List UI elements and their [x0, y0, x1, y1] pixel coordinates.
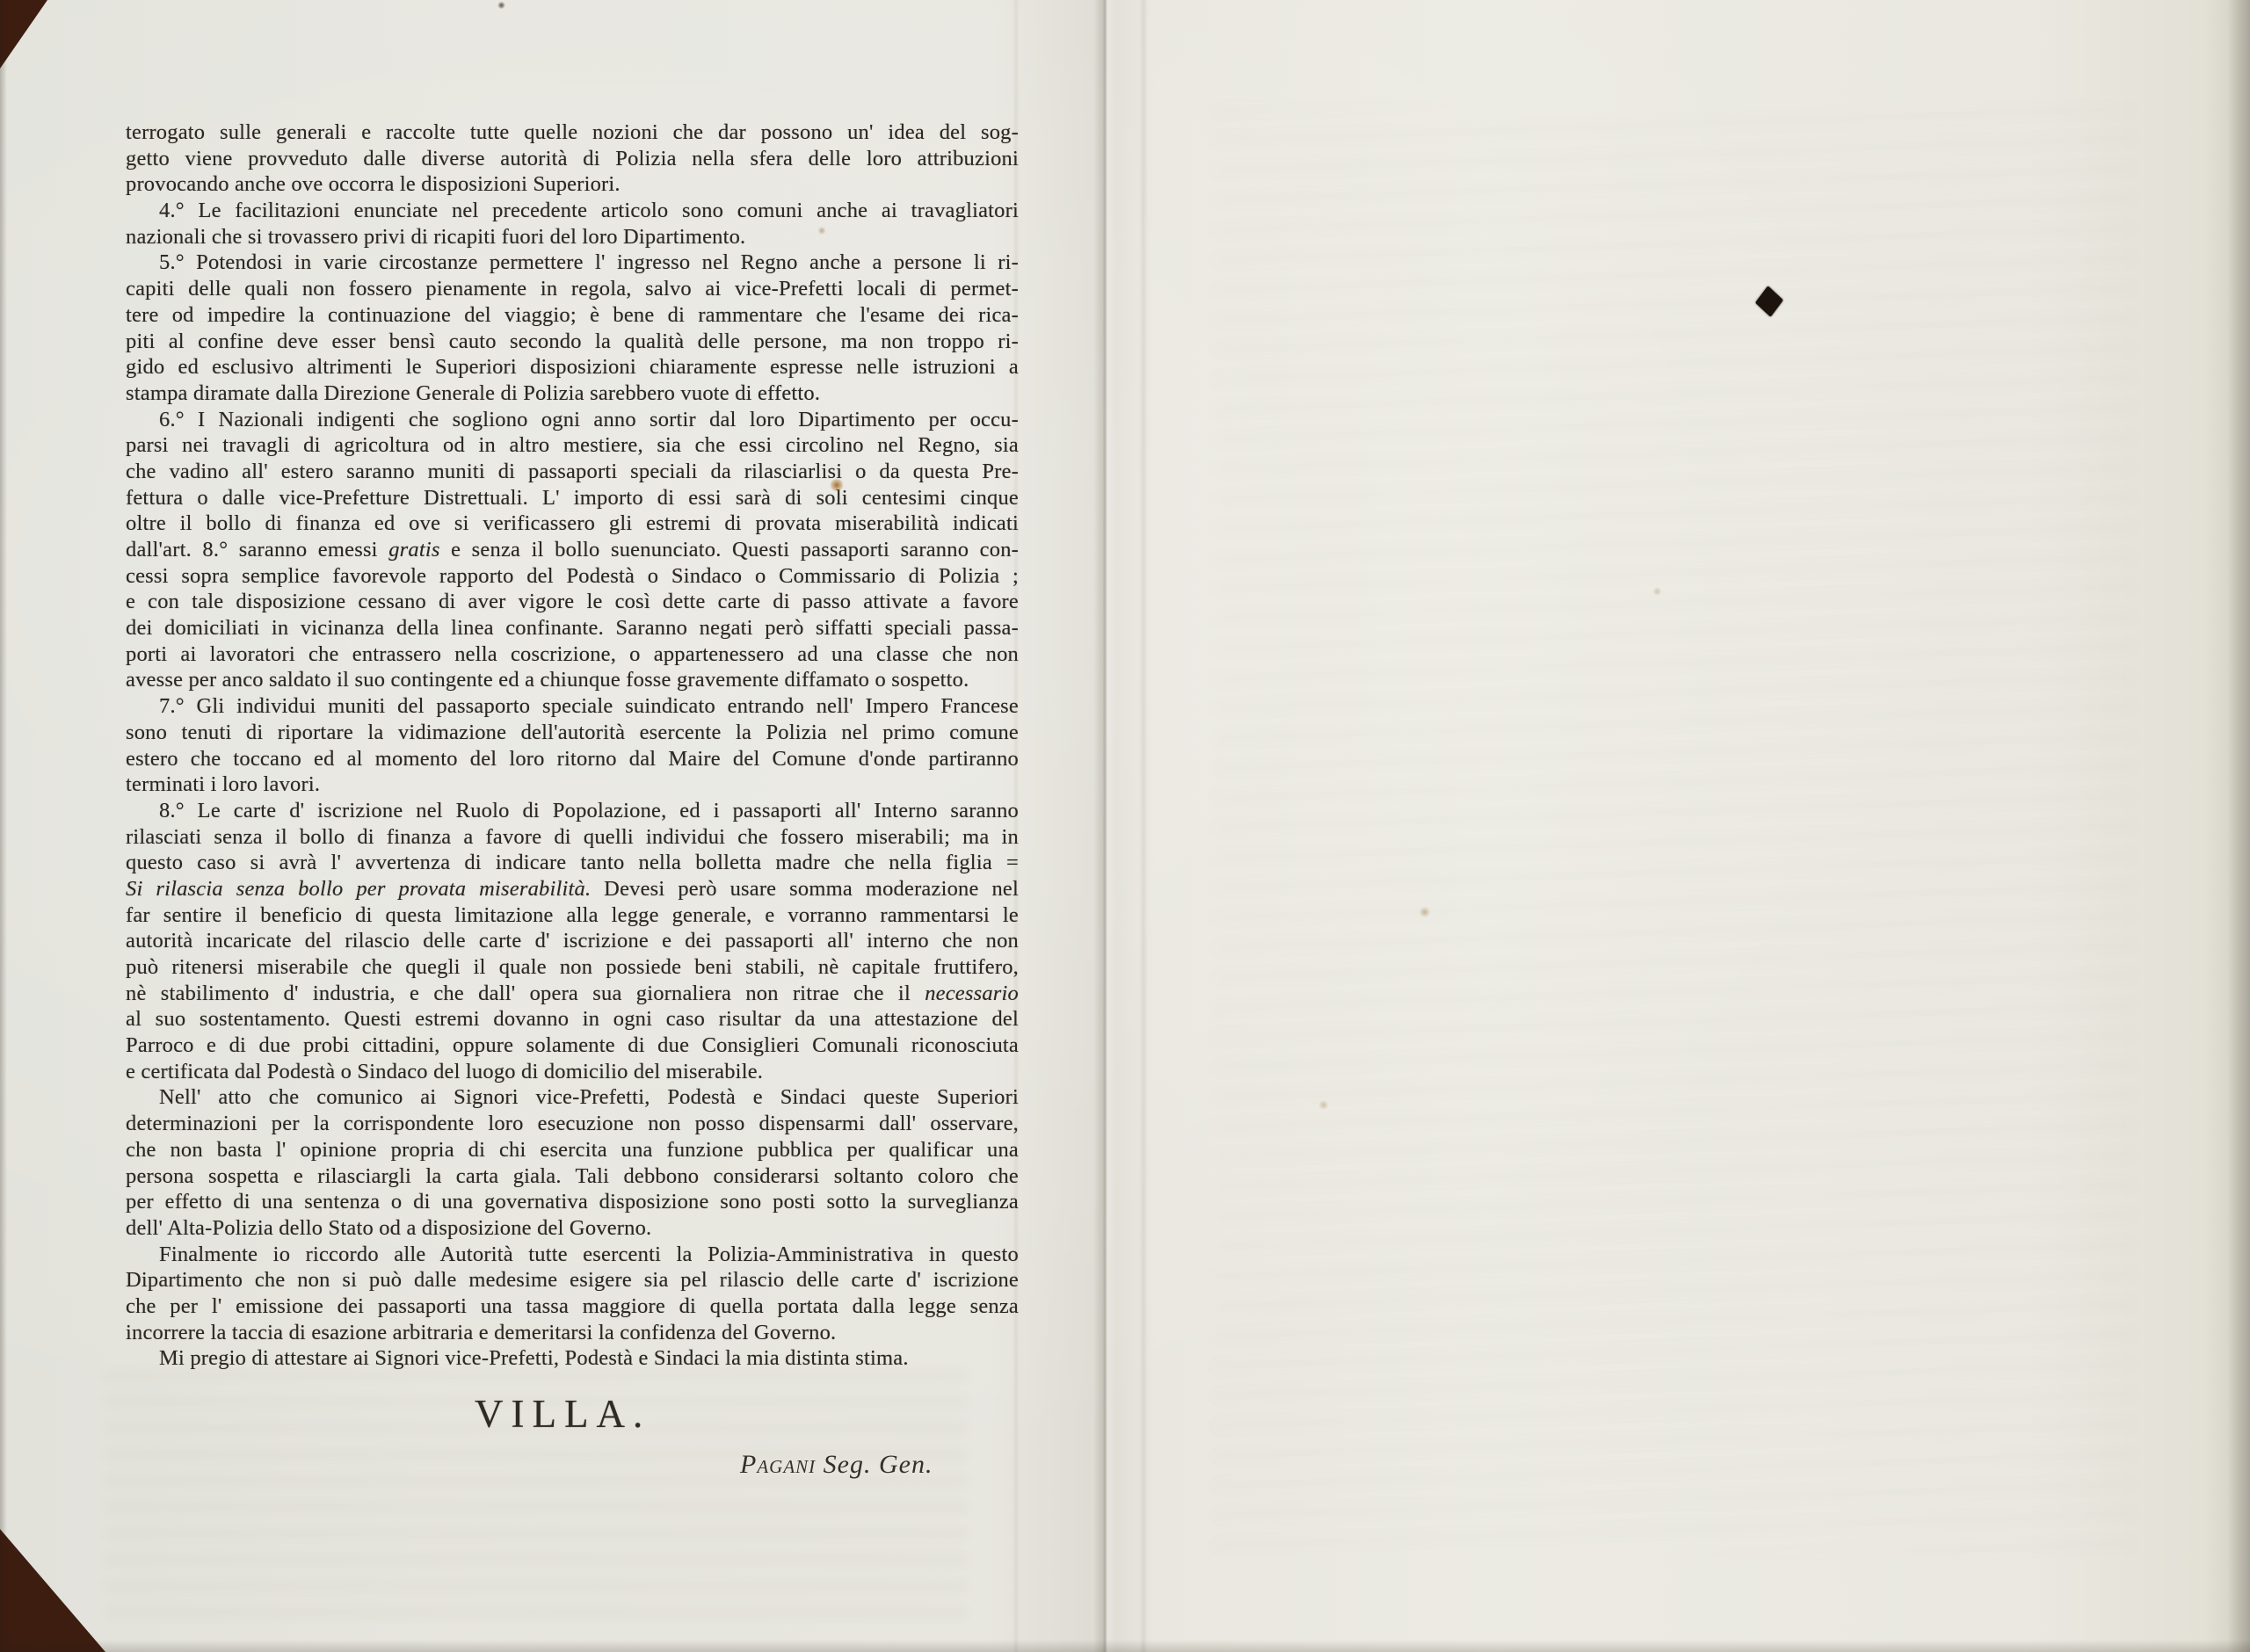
text-run: cessi sopra semplice favorevole rapporto… [126, 564, 1019, 588]
text-line: 7.° Gli individui muniti del passaporto … [126, 693, 1019, 720]
text-line: determinazioni per la corrispondente lor… [126, 1111, 1019, 1137]
text-run: persona sospetta e rilasciargli la carta… [126, 1164, 1019, 1188]
paper-crease [1139, 0, 1148, 1652]
scan-corner-bottom-left [0, 1529, 105, 1652]
text-line: per effetto di una sentenza o di una gov… [126, 1189, 1019, 1215]
text-line: Si rilascia senza bollo per provata mise… [126, 876, 1019, 902]
text-run: Dipartimento che non si può dalle medesi… [126, 1268, 1019, 1292]
text-run: Devesi però usare somma moderazione nel [591, 877, 1019, 901]
text-run: Finalmente io riccordo alle Autorità tut… [159, 1243, 1019, 1266]
text-run: provocando anche ove occorra le disposiz… [126, 172, 621, 196]
text-line: provocando anche ove occorra le disposiz… [126, 171, 1019, 198]
text-run: determinazioni per la corrispondente lor… [126, 1112, 1019, 1135]
text-run: dei domiciliati in vicinanza della linea… [126, 616, 1019, 640]
text-run: dell' Alta-Polizia dello Stato od a disp… [126, 1216, 651, 1240]
text-run: nè stabilimento d' industria, e che dall… [126, 982, 925, 1005]
text-line: fettura o dalle vice-Prefetture Distrett… [126, 485, 1019, 511]
text-run: questo caso si avrà l' avvertenza di ind… [126, 851, 1019, 874]
text-line: questo caso si avrà l' avvertenza di ind… [126, 850, 1019, 876]
text-line: persona sospetta e rilasciargli la carta… [126, 1163, 1019, 1190]
text-line: porti ai lavoratori che entrassero nella… [126, 641, 1019, 668]
text-line: oltre il bollo di finanza ed ove si veri… [126, 511, 1019, 537]
text-line: gido ed esclusivo altrimenti le Superior… [126, 354, 1019, 380]
secretary-name: Pagani [740, 1450, 816, 1479]
text-line: Nell' atto che comunico ai Signori vice-… [126, 1084, 1019, 1111]
foxing-spot [1652, 587, 1662, 596]
text-run: piti al confine deve esser bensì cauto s… [126, 330, 1019, 353]
text-line: incorrere la taccia di esazione arbitrar… [126, 1320, 1019, 1346]
text-run: nazionali che si trovassero privi di ric… [126, 225, 745, 249]
text-line: 8.° Le carte d' iscrizione nel Ruolo di … [126, 798, 1019, 824]
scan-corner-top-left [0, 0, 47, 69]
text-run: tere od impedire la continuazione del vi… [126, 303, 1019, 327]
text-run: rilasciati senza il bollo di finanza a f… [126, 825, 1019, 849]
text-run: 5.° Potendosi in varie circostanze perme… [159, 250, 1019, 274]
text-run: per effetto di una sentenza o di una gov… [126, 1190, 1019, 1214]
text-line: Parroco e di due probi cittadini, oppure… [126, 1032, 1019, 1059]
text-run: fettura o dalle vice-Prefetture Distrett… [126, 486, 1019, 510]
document-text-block: terrogato sulle generali e raccolte tutt… [126, 120, 1019, 1372]
text-line: terminati i loro lavori. [126, 772, 1019, 798]
text-line: 6.° I Nazionali indigenti che sogliono o… [126, 407, 1019, 433]
text-line: al suo sostentamento. Questi estremi dov… [126, 1006, 1019, 1032]
text-run: incorrere la taccia di esazione arbitrar… [126, 1321, 836, 1344]
text-run: estero che toccano ed al momento del lor… [126, 747, 1019, 771]
secretary-title: Seg. Gen. [824, 1450, 933, 1479]
foxing-spot [1419, 907, 1431, 917]
text-run: che vadino all' estero saranno muniti di… [126, 460, 1019, 483]
text-line: Mi pregio di attestare ai Signori vice-P… [126, 1345, 1019, 1372]
text-run: autorità incaricate del rilascio delle c… [126, 929, 1019, 953]
signature-villa: VILLA. [475, 1391, 650, 1437]
text-line: getto viene provveduto dalle diverse aut… [126, 146, 1019, 172]
text-run: sono tenuti di riportare la vidimazione … [126, 721, 1019, 744]
text-run: 7.° Gli individui muniti del passaporto … [159, 694, 1019, 718]
italic-text-run: gratis [388, 538, 439, 562]
text-line: e certificata dal Podestà o Sindaco del … [126, 1059, 1019, 1085]
ink-diamond-mark [1755, 286, 1783, 317]
text-run: e senza il bollo suenunciato. Questi pas… [440, 538, 1019, 562]
text-run: Mi pregio di attestare ai Signori vice-P… [159, 1346, 909, 1370]
italic-text-run: necessario [925, 982, 1019, 1005]
text-run: getto viene provveduto dalle diverse aut… [126, 147, 1019, 170]
text-line: avesse per anco saldato il suo contingen… [126, 667, 1019, 693]
scan-edge-right [2227, 0, 2250, 1652]
text-line: dall'art. 8.° saranno emessi gratis e se… [126, 537, 1019, 563]
text-run: e con tale disposizione cessano di aver … [126, 590, 1019, 613]
text-run: può ritenersi miserabile che quegli il q… [126, 955, 1019, 979]
text-line: stampa diramate dalla Direzione Generale… [126, 380, 1019, 407]
text-run: 8.° Le carte d' iscrizione nel Ruolo di … [159, 799, 1019, 822]
text-line: tere od impedire la continuazione del vi… [126, 302, 1019, 329]
text-line: 5.° Potendosi in varie circostanze perme… [126, 250, 1019, 276]
text-line: Finalmente io riccordo alle Autorità tut… [126, 1242, 1019, 1268]
text-run: che per l' emissione dei passaporti una … [126, 1294, 1019, 1318]
edge-speck [497, 2, 505, 9]
text-line: capiti delle quali non fossero pienament… [126, 276, 1019, 302]
text-run: 4.° Le facilitazioni enunciate nel prece… [159, 199, 1019, 222]
text-run: che non basta l' opinione propria di chi… [126, 1138, 1019, 1162]
scan-edge-left [0, 0, 7, 1652]
text-run: far sentire il beneficio di questa limit… [126, 903, 1019, 927]
text-run: oltre il bollo di finanza ed ove si veri… [126, 511, 1019, 535]
text-line: piti al confine deve esser bensì cauto s… [126, 329, 1019, 355]
text-line: che per l' emissione dei passaporti una … [126, 1293, 1019, 1320]
text-run: e certificata dal Podestà o Sindaco del … [126, 1060, 763, 1083]
signature-secretary: Pagani Seg. Gen. [740, 1450, 933, 1480]
text-run: dall'art. 8.° saranno emessi [126, 538, 388, 562]
text-run: Nell' atto che comunico ai Signori vice-… [159, 1085, 1019, 1109]
text-line: nazionali che si trovassero privi di ric… [126, 224, 1019, 250]
text-run: Parroco e di due probi cittadini, oppure… [126, 1033, 1019, 1057]
text-line: dei domiciliati in vicinanza della linea… [126, 615, 1019, 641]
text-line: che non basta l' opinione propria di chi… [126, 1137, 1019, 1163]
text-run: terminati i loro lavori. [126, 772, 320, 796]
text-line: può ritenersi miserabile che quegli il q… [126, 954, 1019, 981]
text-line: che vadino all' estero saranno muniti di… [126, 459, 1019, 485]
text-run: 6.° I Nazionali indigenti che sogliono o… [159, 408, 1019, 431]
text-line: 4.° Le facilitazioni enunciate nel prece… [126, 198, 1019, 224]
text-line: e con tale disposizione cessano di aver … [126, 589, 1019, 615]
text-line: terrogato sulle generali e raccolte tutt… [126, 120, 1019, 146]
text-line: dell' Alta-Polizia dello Stato od a disp… [126, 1215, 1019, 1242]
text-run: avesse per anco saldato il suo contingen… [126, 668, 969, 692]
text-run: capiti delle quali non fossero pienament… [126, 277, 1019, 301]
show-through-texture [1213, 105, 2136, 1555]
scan-edge-bottom [0, 1640, 2250, 1652]
scanned-document: terrogato sulle generali e raccolte tutt… [0, 0, 2250, 1652]
text-line: Dipartimento che non si può dalle medesi… [126, 1267, 1019, 1293]
text-line: far sentire il beneficio di questa limit… [126, 902, 1019, 929]
text-line: sono tenuti di riportare la vidimazione … [126, 720, 1019, 746]
text-line: autorità incaricate del rilascio delle c… [126, 928, 1019, 954]
foxing-spot [1318, 1100, 1329, 1110]
text-line: rilasciati senza il bollo di finanza a f… [126, 824, 1019, 851]
text-run: terrogato sulle generali e raccolte tutt… [126, 120, 1019, 144]
text-run: stampa diramate dalla Direzione Generale… [126, 381, 820, 405]
text-line: estero che toccano ed al momento del lor… [126, 746, 1019, 772]
text-run: parsi nei travagli di agricoltura od in … [126, 433, 1019, 457]
text-run: al suo sostentamento. Questi estremi dov… [126, 1007, 1019, 1031]
text-line: nè stabilimento d' industria, e che dall… [126, 981, 1019, 1007]
text-line: cessi sopra semplice favorevole rapporto… [126, 563, 1019, 590]
text-run: gido ed esclusivo altrimenti le Superior… [126, 355, 1019, 379]
italic-text-run: Si rilascia senza bollo per provata mise… [126, 877, 591, 901]
text-run: porti ai lavoratori che entrassero nella… [126, 642, 1019, 666]
fold-crease [1093, 0, 1116, 1652]
text-line: parsi nei travagli di agricoltura od in … [126, 432, 1019, 459]
